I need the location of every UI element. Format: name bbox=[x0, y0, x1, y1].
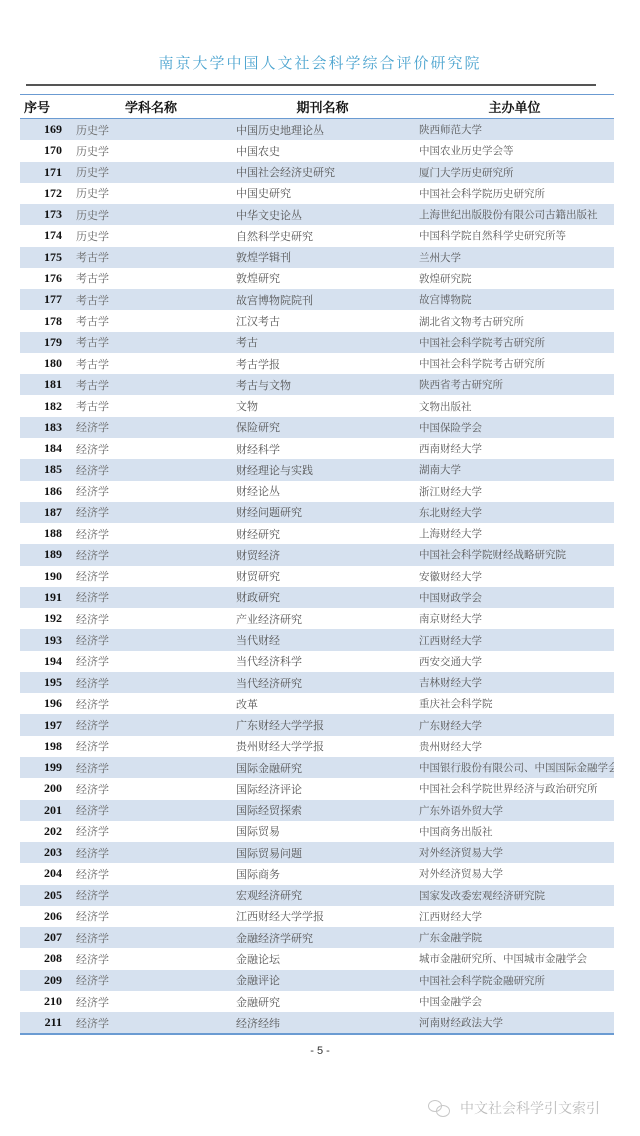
subject-cell: 经济学 bbox=[72, 778, 230, 799]
organizer-cell: 南京财经大学 bbox=[415, 608, 614, 629]
organizer-cell: 敦煌研究院 bbox=[415, 268, 614, 289]
journal-cell: 国际经济评论 bbox=[230, 778, 415, 799]
subject-cell: 考古学 bbox=[72, 374, 230, 395]
table-row: 203经济学国际贸易问题对外经济贸易大学 bbox=[20, 842, 614, 863]
row-number: 180 bbox=[20, 353, 72, 374]
row-number: 208 bbox=[20, 948, 72, 969]
row-number: 187 bbox=[20, 502, 72, 523]
row-number: 198 bbox=[20, 736, 72, 757]
row-number: 174 bbox=[20, 225, 72, 246]
table-row: 169历史学中国历史地理论丛陕西师范大学 bbox=[20, 119, 614, 141]
subject-cell: 经济学 bbox=[72, 459, 230, 480]
table-row: 170历史学中国农史中国农业历史学会等 bbox=[20, 140, 614, 161]
journal-cell: 文物 bbox=[230, 395, 415, 416]
subject-cell: 经济学 bbox=[72, 544, 230, 565]
organizer-cell: 对外经济贸易大学 bbox=[415, 863, 614, 884]
organizer-cell: 湖北省文物考古研究所 bbox=[415, 310, 614, 331]
subject-cell: 经济学 bbox=[72, 438, 230, 459]
subject-cell: 考古学 bbox=[72, 247, 230, 268]
organizer-cell: 陕西省考古研究所 bbox=[415, 374, 614, 395]
organizer-cell: 湖南大学 bbox=[415, 459, 614, 480]
table-row: 180考古学考古学报中国社会科学院考古研究所 bbox=[20, 353, 614, 374]
organizer-cell: 中国社会科学院世界经济与政治研究所 bbox=[415, 778, 614, 799]
journal-table: 序号 学科名称 期刊名称 主办单位 169历史学中国历史地理论丛陕西师范大学17… bbox=[20, 94, 614, 1035]
journal-cell: 国际贸易问题 bbox=[230, 842, 415, 863]
subject-cell: 考古学 bbox=[72, 353, 230, 374]
journal-cell: 金融经济学研究 bbox=[230, 927, 415, 948]
column-header-journal: 期刊名称 bbox=[230, 95, 415, 119]
table-row: 173历史学中华文史论丛上海世纪出版股份有限公司古籍出版社 bbox=[20, 204, 614, 225]
organizer-cell: 西安交通大学 bbox=[415, 651, 614, 672]
table-row: 172历史学中国史研究中国社会科学院历史研究所 bbox=[20, 183, 614, 204]
journal-cell: 故宫博物院院刊 bbox=[230, 289, 415, 310]
journal-cell: 国际商务 bbox=[230, 863, 415, 884]
subject-cell: 经济学 bbox=[72, 970, 230, 991]
organizer-cell: 吉林财经大学 bbox=[415, 672, 614, 693]
row-number: 204 bbox=[20, 863, 72, 884]
row-number: 203 bbox=[20, 842, 72, 863]
table-row: 184经济学财经科学西南财经大学 bbox=[20, 438, 614, 459]
subject-cell: 经济学 bbox=[72, 800, 230, 821]
subject-cell: 历史学 bbox=[72, 162, 230, 183]
organizer-cell: 贵州财经大学 bbox=[415, 736, 614, 757]
table-row: 188经济学财经研究上海财经大学 bbox=[20, 523, 614, 544]
row-number: 173 bbox=[20, 204, 72, 225]
journal-cell: 广东财经大学学报 bbox=[230, 714, 415, 735]
journal-cell: 宏观经济研究 bbox=[230, 885, 415, 906]
organizer-cell: 安徽财经大学 bbox=[415, 566, 614, 587]
journal-cell: 敦煌研究 bbox=[230, 268, 415, 289]
column-header-organizer: 主办单位 bbox=[415, 95, 614, 119]
organizer-cell: 中国社会科学院考古研究所 bbox=[415, 353, 614, 374]
table-body: 169历史学中国历史地理论丛陕西师范大学170历史学中国农史中国农业历史学会等1… bbox=[20, 119, 614, 1035]
subject-cell: 考古学 bbox=[72, 310, 230, 331]
table-row: 197经济学广东财经大学学报广东财经大学 bbox=[20, 714, 614, 735]
subject-cell: 考古学 bbox=[72, 395, 230, 416]
row-number: 185 bbox=[20, 459, 72, 480]
wechat-logo-icon bbox=[428, 1100, 452, 1116]
row-number: 179 bbox=[20, 332, 72, 353]
organizer-cell: 对外经济贸易大学 bbox=[415, 842, 614, 863]
row-number: 196 bbox=[20, 693, 72, 714]
journal-cell: 考古学报 bbox=[230, 353, 415, 374]
row-number: 178 bbox=[20, 310, 72, 331]
organizer-cell: 中国科学院自然科学史研究所等 bbox=[415, 225, 614, 246]
journal-cell: 中国史研究 bbox=[230, 183, 415, 204]
table-row: 194经济学当代经济科学西安交通大学 bbox=[20, 651, 614, 672]
journal-cell: 经济经纬 bbox=[230, 1012, 415, 1034]
table-row: 186经济学财经论丛浙江财经大学 bbox=[20, 481, 614, 502]
row-number: 186 bbox=[20, 481, 72, 502]
subject-cell: 经济学 bbox=[72, 523, 230, 544]
row-number: 194 bbox=[20, 651, 72, 672]
row-number: 201 bbox=[20, 800, 72, 821]
organizer-cell: 城市金融研究所、中国城市金融学会 bbox=[415, 948, 614, 969]
table-row: 189经济学财贸经济中国社会科学院财经战略研究院 bbox=[20, 544, 614, 565]
journal-cell: 中华文史论丛 bbox=[230, 204, 415, 225]
organizer-cell: 河南财经政法大学 bbox=[415, 1012, 614, 1034]
subject-cell: 经济学 bbox=[72, 629, 230, 650]
subject-cell: 历史学 bbox=[72, 140, 230, 161]
table-row: 201经济学国际经贸探索广东外语外贸大学 bbox=[20, 800, 614, 821]
table-row: 178考古学江汉考古湖北省文物考古研究所 bbox=[20, 310, 614, 331]
organizer-cell: 东北财经大学 bbox=[415, 502, 614, 523]
organizer-cell: 文物出版社 bbox=[415, 395, 614, 416]
journal-cell: 中国历史地理论丛 bbox=[230, 119, 415, 141]
row-number: 184 bbox=[20, 438, 72, 459]
subject-cell: 经济学 bbox=[72, 693, 230, 714]
column-header-subject: 学科名称 bbox=[72, 95, 230, 119]
table-row: 195经济学当代经济研究吉林财经大学 bbox=[20, 672, 614, 693]
row-number: 193 bbox=[20, 629, 72, 650]
subject-cell: 考古学 bbox=[72, 289, 230, 310]
journal-cell: 敦煌学辑刊 bbox=[230, 247, 415, 268]
subject-cell: 经济学 bbox=[72, 1012, 230, 1034]
page-number: - 5 - bbox=[0, 1045, 640, 1057]
row-number: 200 bbox=[20, 778, 72, 799]
table-row: 191经济学财政研究中国财政学会 bbox=[20, 587, 614, 608]
subject-cell: 经济学 bbox=[72, 566, 230, 587]
organizer-cell: 中国银行股份有限公司、中国国际金融学会 bbox=[415, 757, 614, 778]
table-row: 206经济学江西财经大学学报江西财经大学 bbox=[20, 906, 614, 927]
journal-cell: 中国农史 bbox=[230, 140, 415, 161]
organizer-cell: 中国农业历史学会等 bbox=[415, 140, 614, 161]
watermark: 中文社会科学引文索引 bbox=[428, 1098, 600, 1118]
table-row: 179考古学考古中国社会科学院考古研究所 bbox=[20, 332, 614, 353]
row-number: 170 bbox=[20, 140, 72, 161]
journal-cell: 金融论坛 bbox=[230, 948, 415, 969]
organizer-cell: 中国财政学会 bbox=[415, 587, 614, 608]
subject-cell: 经济学 bbox=[72, 672, 230, 693]
row-number: 181 bbox=[20, 374, 72, 395]
journal-cell: 财经论丛 bbox=[230, 481, 415, 502]
journal-cell: 财贸研究 bbox=[230, 566, 415, 587]
subject-cell: 考古学 bbox=[72, 268, 230, 289]
organizer-cell: 上海世纪出版股份有限公司古籍出版社 bbox=[415, 204, 614, 225]
organizer-cell: 广东金融学院 bbox=[415, 927, 614, 948]
journal-cell: 国际经贸探索 bbox=[230, 800, 415, 821]
table-row: 209经济学金融评论中国社会科学院金融研究所 bbox=[20, 970, 614, 991]
journal-cell: 金融研究 bbox=[230, 991, 415, 1012]
row-number: 188 bbox=[20, 523, 72, 544]
row-number: 205 bbox=[20, 885, 72, 906]
organizer-cell: 广东外语外贸大学 bbox=[415, 800, 614, 821]
subject-cell: 经济学 bbox=[72, 736, 230, 757]
row-number: 171 bbox=[20, 162, 72, 183]
row-number: 177 bbox=[20, 289, 72, 310]
table-row: 199经济学国际金融研究中国银行股份有限公司、中国国际金融学会 bbox=[20, 757, 614, 778]
journal-cell: 财政研究 bbox=[230, 587, 415, 608]
subject-cell: 经济学 bbox=[72, 842, 230, 863]
journal-cell: 财经科学 bbox=[230, 438, 415, 459]
organizer-cell: 中国社会科学院考古研究所 bbox=[415, 332, 614, 353]
subject-cell: 经济学 bbox=[72, 991, 230, 1012]
table-row: 176考古学敦煌研究敦煌研究院 bbox=[20, 268, 614, 289]
journal-cell: 当代财经 bbox=[230, 629, 415, 650]
organizer-cell: 故宫博物院 bbox=[415, 289, 614, 310]
row-number: 172 bbox=[20, 183, 72, 204]
journal-cell: 财经问题研究 bbox=[230, 502, 415, 523]
table-row: 171历史学中国社会经济史研究厦门大学历史研究所 bbox=[20, 162, 614, 183]
organizer-cell: 广东财经大学 bbox=[415, 714, 614, 735]
journal-cell: 江汉考古 bbox=[230, 310, 415, 331]
subject-cell: 经济学 bbox=[72, 651, 230, 672]
journal-cell: 产业经济研究 bbox=[230, 608, 415, 629]
subject-cell: 经济学 bbox=[72, 608, 230, 629]
table-row: 196经济学改革重庆社会科学院 bbox=[20, 693, 614, 714]
journal-cell: 改革 bbox=[230, 693, 415, 714]
row-number: 209 bbox=[20, 970, 72, 991]
journal-cell: 江西财经大学学报 bbox=[230, 906, 415, 927]
organizer-cell: 国家发改委宏观经济研究院 bbox=[415, 885, 614, 906]
table-row: 202经济学国际贸易中国商务出版社 bbox=[20, 821, 614, 842]
journal-cell: 考古与文物 bbox=[230, 374, 415, 395]
organizer-cell: 中国社会科学院金融研究所 bbox=[415, 970, 614, 991]
organizer-cell: 兰州大学 bbox=[415, 247, 614, 268]
organizer-cell: 西南财经大学 bbox=[415, 438, 614, 459]
subject-cell: 经济学 bbox=[72, 927, 230, 948]
journal-cell: 财经理论与实践 bbox=[230, 459, 415, 480]
subject-cell: 经济学 bbox=[72, 587, 230, 608]
organizer-cell: 中国保险学会 bbox=[415, 417, 614, 438]
column-header-number: 序号 bbox=[20, 95, 72, 119]
table-row: 175考古学敦煌学辑刊兰州大学 bbox=[20, 247, 614, 268]
organizer-cell: 浙江财经大学 bbox=[415, 481, 614, 502]
row-number: 207 bbox=[20, 927, 72, 948]
table-row: 204经济学国际商务对外经济贸易大学 bbox=[20, 863, 614, 884]
journal-cell: 自然科学史研究 bbox=[230, 225, 415, 246]
table-row: 198经济学贵州财经大学学报贵州财经大学 bbox=[20, 736, 614, 757]
row-number: 183 bbox=[20, 417, 72, 438]
table-row: 211经济学经济经纬河南财经政法大学 bbox=[20, 1012, 614, 1034]
subject-cell: 经济学 bbox=[72, 948, 230, 969]
page-header-title: 南京大学中国人文社会科学综合评价研究院 bbox=[0, 52, 640, 73]
header-rule bbox=[26, 84, 596, 86]
journal-cell: 财经研究 bbox=[230, 523, 415, 544]
row-number: 210 bbox=[20, 991, 72, 1012]
table-row: 208经济学金融论坛城市金融研究所、中国城市金融学会 bbox=[20, 948, 614, 969]
subject-cell: 经济学 bbox=[72, 502, 230, 523]
journal-cell: 保险研究 bbox=[230, 417, 415, 438]
table-row: 207经济学金融经济学研究广东金融学院 bbox=[20, 927, 614, 948]
row-number: 202 bbox=[20, 821, 72, 842]
row-number: 176 bbox=[20, 268, 72, 289]
journal-cell: 国际贸易 bbox=[230, 821, 415, 842]
table-row: 187经济学财经问题研究东北财经大学 bbox=[20, 502, 614, 523]
row-number: 191 bbox=[20, 587, 72, 608]
subject-cell: 经济学 bbox=[72, 906, 230, 927]
row-number: 182 bbox=[20, 395, 72, 416]
organizer-cell: 上海财经大学 bbox=[415, 523, 614, 544]
organizer-cell: 中国社会科学院历史研究所 bbox=[415, 183, 614, 204]
table-row: 192经济学产业经济研究南京财经大学 bbox=[20, 608, 614, 629]
table-header-row: 序号 学科名称 期刊名称 主办单位 bbox=[20, 95, 614, 119]
subject-cell: 经济学 bbox=[72, 821, 230, 842]
subject-cell: 经济学 bbox=[72, 863, 230, 884]
row-number: 190 bbox=[20, 566, 72, 587]
organizer-cell: 江西财经大学 bbox=[415, 629, 614, 650]
journal-cell: 金融评论 bbox=[230, 970, 415, 991]
row-number: 211 bbox=[20, 1012, 72, 1034]
journal-cell: 考古 bbox=[230, 332, 415, 353]
row-number: 206 bbox=[20, 906, 72, 927]
journal-cell: 当代经济科学 bbox=[230, 651, 415, 672]
table-row: 183经济学保险研究中国保险学会 bbox=[20, 417, 614, 438]
subject-cell: 经济学 bbox=[72, 714, 230, 735]
row-number: 199 bbox=[20, 757, 72, 778]
table-row: 205经济学宏观经济研究国家发改委宏观经济研究院 bbox=[20, 885, 614, 906]
table-row: 185经济学财经理论与实践湖南大学 bbox=[20, 459, 614, 480]
table-row: 182考古学文物文物出版社 bbox=[20, 395, 614, 416]
organizer-cell: 厦门大学历史研究所 bbox=[415, 162, 614, 183]
organizer-cell: 重庆社会科学院 bbox=[415, 693, 614, 714]
row-number: 195 bbox=[20, 672, 72, 693]
organizer-cell: 江西财经大学 bbox=[415, 906, 614, 927]
organizer-cell: 中国商务出版社 bbox=[415, 821, 614, 842]
subject-cell: 历史学 bbox=[72, 204, 230, 225]
organizer-cell: 陕西师范大学 bbox=[415, 119, 614, 141]
table-row: 177考古学故宫博物院院刊故宫博物院 bbox=[20, 289, 614, 310]
journal-cell: 财贸经济 bbox=[230, 544, 415, 565]
row-number: 175 bbox=[20, 247, 72, 268]
subject-cell: 经济学 bbox=[72, 757, 230, 778]
watermark-text: 中文社会科学引文索引 bbox=[460, 1098, 600, 1118]
journal-cell: 当代经济研究 bbox=[230, 672, 415, 693]
journal-cell: 国际金融研究 bbox=[230, 757, 415, 778]
journal-cell: 贵州财经大学学报 bbox=[230, 736, 415, 757]
subject-cell: 经济学 bbox=[72, 417, 230, 438]
table-row: 190经济学财贸研究安徽财经大学 bbox=[20, 566, 614, 587]
table-row: 200经济学国际经济评论中国社会科学院世界经济与政治研究所 bbox=[20, 778, 614, 799]
row-number: 189 bbox=[20, 544, 72, 565]
subject-cell: 历史学 bbox=[72, 119, 230, 141]
table-row: 193经济学当代财经江西财经大学 bbox=[20, 629, 614, 650]
row-number: 169 bbox=[20, 119, 72, 141]
table-row: 210经济学金融研究中国金融学会 bbox=[20, 991, 614, 1012]
row-number: 192 bbox=[20, 608, 72, 629]
journal-table-container: 序号 学科名称 期刊名称 主办单位 169历史学中国历史地理论丛陕西师范大学17… bbox=[20, 94, 614, 1035]
organizer-cell: 中国社会科学院财经战略研究院 bbox=[415, 544, 614, 565]
table-row: 174历史学自然科学史研究中国科学院自然科学史研究所等 bbox=[20, 225, 614, 246]
organizer-cell: 中国金融学会 bbox=[415, 991, 614, 1012]
table-row: 181考古学考古与文物陕西省考古研究所 bbox=[20, 374, 614, 395]
subject-cell: 历史学 bbox=[72, 225, 230, 246]
journal-cell: 中国社会经济史研究 bbox=[230, 162, 415, 183]
subject-cell: 历史学 bbox=[72, 183, 230, 204]
subject-cell: 考古学 bbox=[72, 332, 230, 353]
row-number: 197 bbox=[20, 714, 72, 735]
subject-cell: 经济学 bbox=[72, 481, 230, 502]
subject-cell: 经济学 bbox=[72, 885, 230, 906]
